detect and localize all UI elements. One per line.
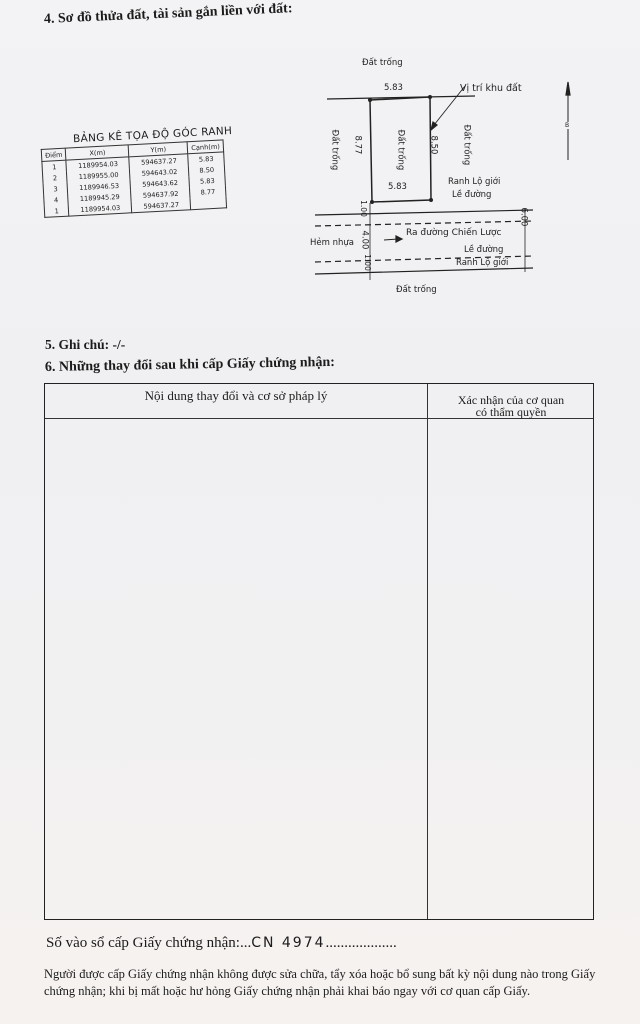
label-lower-sidewalk: Lề đường: [464, 245, 503, 255]
label-upper-boundary: Ranh Lộ giới: [448, 177, 500, 187]
label-road-width: 6.00: [518, 208, 528, 227]
label-sidewalk-bottom: 1.00: [363, 254, 372, 271]
registration-label: Số vào sổ cấp Giấy chứng nhận:: [46, 935, 240, 951]
registration-value: CN 4974: [251, 935, 325, 951]
label-top-vacant: Đất trống: [362, 58, 403, 68]
label-lane-width: 4.00: [359, 231, 369, 250]
label-lower-boundary: Ranh Lộ giới: [456, 258, 508, 268]
label-bottom-vacant: Đất trống: [396, 285, 437, 295]
label-top-width: 5.83: [384, 83, 403, 93]
section-6-title: 6. Những thay đổi sau khi cấp Giấy chứng…: [45, 355, 335, 376]
section-4-title: 4. Sơ đồ thửa đất, tài sản gắn liền với …: [44, 1, 293, 28]
legal-notice: Người được cấp Giấy chứng nhận không đượ…: [44, 966, 604, 1000]
label-right-vacant: Đất trống: [461, 125, 471, 166]
label-left-vacant: Đất trống: [329, 130, 339, 171]
x-coord: 1189954.03: [69, 201, 133, 216]
label-bottom-width: 5.83: [388, 182, 407, 192]
dots: ...: [240, 935, 251, 951]
dots: ...................: [326, 935, 397, 951]
change-content-cell: [45, 420, 427, 917]
label-center-vacant: Đất trống: [395, 130, 405, 171]
label-sidewalk-top: 1.00: [359, 200, 368, 217]
label-road-name: Hẻm nhựa: [310, 238, 354, 248]
label-upper-sidewalk: Lề đường: [452, 190, 491, 200]
header-authority-confirmation: Xác nhận của cơ quan có thẩm quyền: [429, 394, 593, 418]
y-coord: 594637.27: [132, 198, 192, 213]
registration-number-line: Số vào sổ cấp Giấy chứng nhận:...CN 4974…: [46, 935, 397, 952]
changes-table: Nội dung thay đổi và cơ sở pháp lý Xác n…: [44, 383, 594, 920]
coordinate-grid: Điểm X(m) Y(m) Cạnh(m) 11189954.03594637…: [41, 139, 227, 217]
authority-confirmation-cell: [429, 420, 592, 917]
point-id: 1: [44, 205, 69, 218]
header-authority-line2: có thẩm quyền: [429, 406, 593, 418]
label-left-length: 8.77: [352, 136, 362, 155]
header-change-content: Nội dung thay đổi và cơ sở pháp lý: [45, 388, 427, 404]
coordinate-table: BẢNG KÊ TỌA ĐỘ GÓC RANH Điểm X(m) Y(m) C…: [40, 125, 239, 218]
section-5-notes: 5. Ghi chú: -/-: [45, 337, 125, 353]
edge-length: [190, 196, 226, 209]
north-arrow-icon: B: [565, 122, 569, 129]
label-right-length: 8.50: [428, 136, 438, 155]
land-plot-diagram: Đất trống 5.83 Vị trí khu đất Đất trống …: [300, 50, 600, 305]
label-location: Vị trí khu đất: [460, 83, 522, 94]
label-road-direction: Ra đường Chiến Lược: [406, 228, 501, 238]
